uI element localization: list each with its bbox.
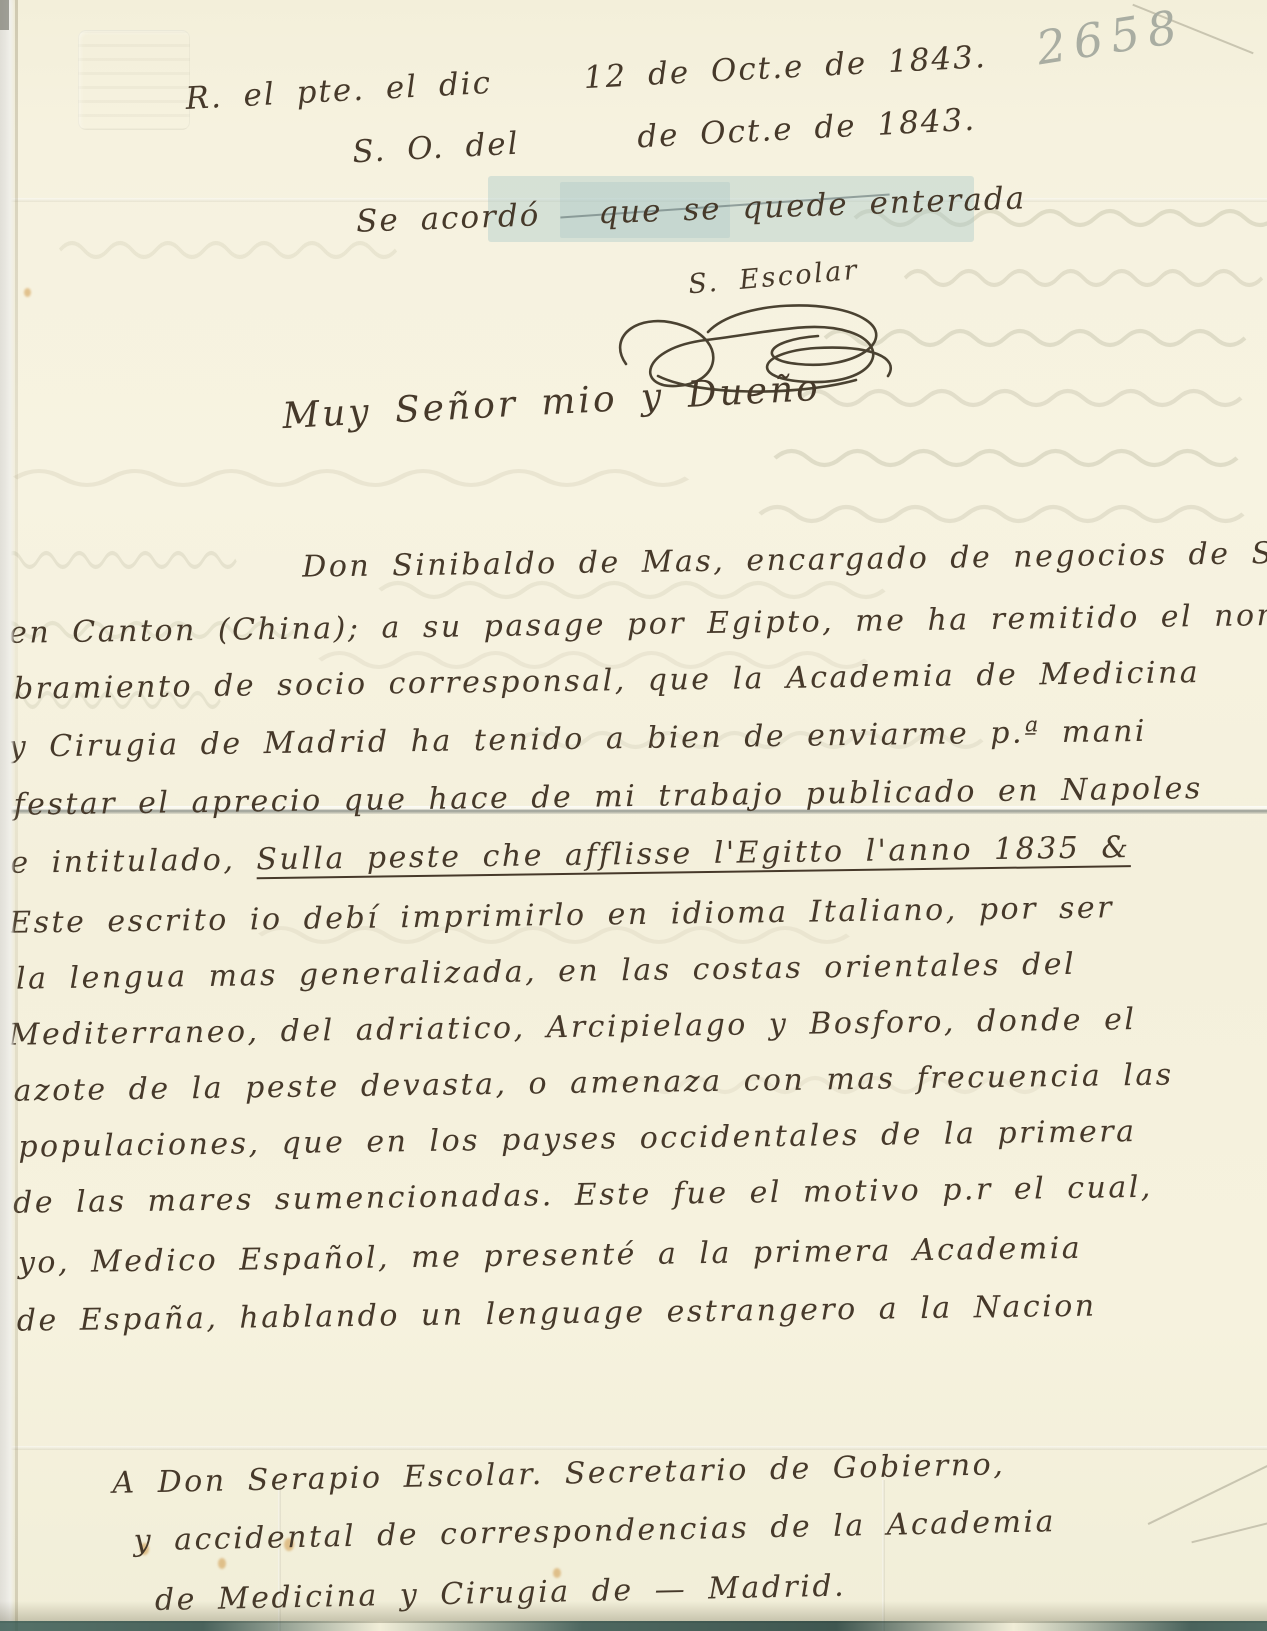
received-date: 12 de Oct.e de 1843.: [583, 39, 988, 96]
body-line: de España, hablando un lenguage estrange…: [17, 1289, 1097, 1339]
session-annotation: S. O. delde Oct.e de 1843.: [351, 102, 976, 171]
page-bottom-shadow: [0, 1601, 1267, 1623]
body-line: y Cirugia de Madrid ha tenido a bien de …: [9, 714, 1148, 765]
body-line: Don Sinibaldo de Mas, encargado de negoc…: [302, 535, 1267, 585]
foxing-spot: [24, 288, 31, 297]
archive-number: 2658: [1033, 0, 1189, 75]
scanned-letter-page: 2658 R. el pte. el dic12 de Oct.e de 184…: [0, 0, 1267, 1631]
address-line: y accidental de correspondencias de la A…: [133, 1504, 1056, 1558]
body-line: en Canton (China); a su pasage por Egipt…: [9, 598, 1267, 651]
letter-body: Don Sinibaldo de Mas, encargado de negoc…: [0, 536, 1267, 554]
body-line-title: e intitulado, Sulla peste che afflisse l…: [10, 830, 1131, 881]
corner-crease: [1148, 1453, 1267, 1525]
body-line: azote de la peste devasta, o amenaza con…: [13, 1058, 1174, 1109]
received-annotation: R. el pte. el dic12 de Oct.e de 1843.: [185, 39, 988, 117]
foxing-spot: [218, 1558, 226, 1569]
body-line: la lengua mas generalizada, en las costa…: [16, 947, 1077, 997]
embossed-seal: [78, 30, 190, 130]
spacer: [520, 147, 638, 153]
scan-background-strip: [0, 1621, 1267, 1631]
page-left-edge: [0, 0, 15, 1631]
body-line: Este escrito io debí imprimirlo en idiom…: [9, 890, 1114, 940]
title-pre: e intitulado,: [10, 842, 257, 880]
corner-crease: [1191, 1515, 1267, 1544]
body-line: festar el aprecio que hace de mi trabajo…: [13, 771, 1203, 823]
salutation: Muy Señor mio y Dueño: [281, 368, 821, 437]
scan-corner-mark: [0, 0, 9, 30]
body-line: yo, Medico Español, me presenté a la pri…: [18, 1231, 1083, 1281]
received-prefix: R. el pte. el dic: [185, 65, 493, 117]
resolution-verb: Se acordó: [356, 197, 541, 239]
body-line: populaciones, que en los payses occident…: [18, 1114, 1137, 1165]
spacer: [492, 88, 584, 93]
underlined-title: Sulla peste che afflisse l'Egitto l'anno…: [256, 830, 1131, 877]
fold-crease: [0, 1446, 1267, 1450]
page-left-edge-line: [15, 0, 18, 1631]
session-date: de Oct.e de 1843.: [636, 102, 977, 156]
body-line: bramiento de socio corresponsal, que la …: [14, 655, 1201, 707]
body-line: de las mares sumencionadas. Este fue el …: [13, 1170, 1153, 1221]
address-line: A Don Serapio Escolar. Secretario de Gob…: [112, 1447, 1005, 1501]
session-prefix: S. O. del: [351, 126, 520, 171]
spacer: [541, 223, 599, 225]
body-line: Mediterraneo, del adriatico, Arcipielago…: [9, 1002, 1137, 1053]
